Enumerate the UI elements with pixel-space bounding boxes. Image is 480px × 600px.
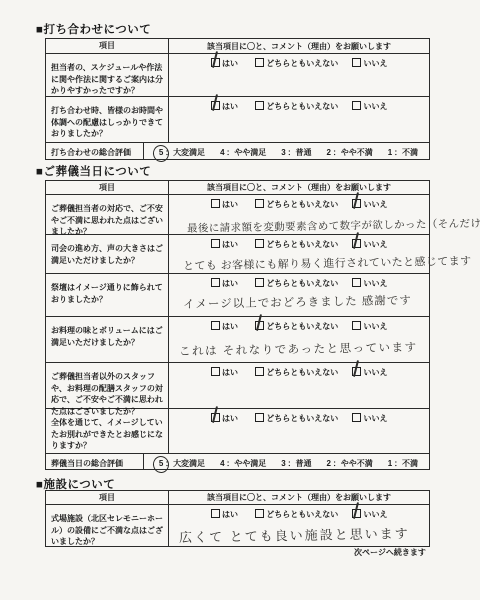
option-no-label: いいえ — [363, 200, 387, 209]
rating-circle-3: 3 — [280, 148, 288, 157]
checkbox-yes-icon — [211, 509, 220, 518]
rating-item-5: 5：大変満足 — [157, 147, 205, 158]
table-header-row: 項目 該当項目に〇と、コメント（理由）をお願いします — [46, 39, 429, 53]
answer-cell: はい どちらともいえない いいえ 最後に請求額を変動要素含めて数字が欲しかった（… — [169, 195, 429, 234]
rating-circle-1: 1 — [386, 459, 394, 468]
checkbox-no-icon — [352, 101, 361, 110]
option-neutral: どちらともいえない — [255, 278, 338, 289]
checkbox-yes-icon — [211, 278, 220, 287]
question-row: 担当者の、スケジュールや作法に関や作法に関するご案内は分かりやすかったですか？ … — [46, 53, 429, 96]
option-no: いいえ — [352, 413, 387, 424]
table-header-row: 項目 該当項目に〇と、コメント（理由）をお願いします — [46, 491, 429, 504]
rating-item-4: 4：やや満足 — [218, 147, 266, 158]
checkbox-options: はい どちらともいえない いいえ — [169, 317, 429, 332]
option-yes-label: はい — [222, 59, 238, 68]
option-no: いいえ — [352, 278, 387, 289]
question-row: 祭壇はイメージ通りに飾られておりましたか？ はい どちらともいえない いいえ イ… — [46, 273, 429, 316]
option-no: いいえ — [352, 321, 387, 332]
option-yes-label: はい — [222, 414, 238, 423]
rating-item-5: 5：大変満足 — [157, 458, 205, 469]
checkbox-neutral-icon — [255, 58, 264, 67]
option-neutral-label: どちらともいえない — [266, 322, 338, 331]
rating-circle-1: 1 — [386, 148, 394, 157]
answer-cell: はい どちらともいえない いいえ — [169, 409, 429, 453]
option-yes-label: はい — [222, 322, 238, 331]
question-text: お料理の味とボリュームにはご満足いただけましたか？ — [46, 317, 169, 362]
checkbox-options: はい どちらともいえない いいえ — [169, 505, 429, 520]
option-no-label: いいえ — [363, 322, 387, 331]
checkbox-yes-icon — [211, 101, 220, 110]
question-row: ご葬儀担当者の対応で、ご不安やご不満に思われた点はございましたか？ はい どちら… — [46, 194, 429, 234]
checkbox-yes-icon — [211, 367, 220, 376]
header-item-label: 項目 — [46, 181, 169, 194]
option-no: いいえ — [352, 239, 387, 250]
checkbox-no-icon — [352, 58, 361, 67]
option-neutral-label: どちらともいえない — [266, 102, 338, 111]
answer-cell: はい どちらともいえない いいえ イメージ以上でおどろきました 感謝です — [169, 274, 429, 316]
option-yes: はい — [211, 278, 238, 289]
summary-rating-cell: 5：大変満足 4：やや満足 3：普通 2：やや不満 1：不満 — [144, 454, 429, 469]
option-no-label: いいえ — [363, 102, 387, 111]
checkbox-options: はい どちらともいえない いいえ — [169, 235, 429, 250]
question-row: 司会の進め方、声の大きさはご満足いただけましたか？ はい どちらともいえない い… — [46, 234, 429, 273]
option-neutral: どちらともいえない — [255, 321, 338, 332]
option-neutral: どちらともいえない — [255, 367, 338, 378]
header-item-label: 項目 — [46, 491, 169, 504]
rating-circle-2: 2 — [325, 459, 333, 468]
summary-rating-cell: 5：大変満足 4：やや満足 3：普通 2：やや不満 1：不満 — [144, 143, 429, 159]
question-text: ご葬儀担当者の対応で、ご不安やご不満に思われた点はございましたか？ — [46, 195, 169, 234]
checkbox-no-icon — [352, 239, 361, 248]
rating-circle-4: 4 — [218, 459, 226, 468]
checkbox-yes-icon — [211, 321, 220, 330]
option-neutral: どちらともいえない — [255, 101, 338, 112]
checkbox-options: はい どちらともいえない いいえ — [169, 195, 429, 210]
rating-item-2: 2：やや不満 — [325, 147, 373, 158]
option-yes-label: はい — [222, 200, 238, 209]
handwritten-comment: イメージ以上でおどろきました 感謝です — [183, 292, 412, 312]
section-title-meeting: ■打ち合わせについて — [36, 21, 151, 37]
header-answer-label: 該当項目に〇と、コメント（理由）をお願いします — [169, 491, 429, 504]
handwritten-comment: とても お客様にも解り易く進行されていたと感じてます — [183, 252, 472, 273]
checkbox-yes-icon — [211, 199, 220, 208]
option-yes: はい — [211, 413, 238, 424]
header-answer-label: 該当項目に〇と、コメント（理由）をお願いします — [169, 181, 429, 194]
question-row: ご葬儀担当者以外のスタッフや、お料理の配膳スタッフの対応で、ご不安やご不満に思わ… — [46, 362, 429, 408]
option-yes-label: はい — [222, 368, 238, 377]
option-yes: はい — [211, 239, 238, 250]
rating-circle-5: 5 — [157, 148, 165, 157]
option-yes-label: はい — [222, 510, 238, 519]
option-no: いいえ — [352, 58, 387, 69]
option-neutral-label: どちらともいえない — [266, 510, 338, 519]
checkbox-options: はい どちらともいえない いいえ — [169, 363, 429, 378]
checkbox-neutral-icon — [255, 239, 264, 248]
question-text: 司会の進め方、声の大きさはご満足いただけましたか？ — [46, 235, 169, 273]
option-yes: はい — [211, 101, 238, 112]
option-no-label: いいえ — [363, 279, 387, 288]
option-neutral-label: どちらともいえない — [266, 414, 338, 423]
checkbox-no-icon — [352, 509, 361, 518]
option-neutral: どちらともいえない — [255, 58, 338, 69]
option-neutral: どちらともいえない — [255, 509, 338, 520]
funeral-day-table: 項目 該当項目に〇と、コメント（理由）をお願いします ご葬儀担当者の対応で、ご不… — [45, 180, 430, 470]
option-yes-label: はい — [222, 102, 238, 111]
answer-cell: はい どちらともいえない いいえ — [169, 54, 429, 96]
option-yes-label: はい — [222, 240, 238, 249]
answer-cell: はい どちらともいえない いいえ これは それなりであったと思っています — [169, 317, 429, 362]
checkbox-neutral-icon — [255, 101, 264, 110]
option-neutral: どちらともいえない — [255, 239, 338, 250]
summary-label: 葬儀当日の総合評価 — [46, 454, 144, 469]
answer-cell: はい どちらともいえない いいえ 広くて とても良い施設と思います — [169, 505, 429, 546]
option-neutral-label: どちらともいえない — [266, 279, 338, 288]
option-no: いいえ — [352, 509, 387, 520]
header-item-label: 項目 — [46, 39, 169, 53]
option-yes-label: はい — [222, 279, 238, 288]
option-neutral: どちらともいえない — [255, 199, 338, 210]
handwritten-comment: 最後に請求額を変動要素含めて数字が欲しかった（そんだけです） — [187, 215, 480, 236]
option-no-label: いいえ — [363, 240, 387, 249]
answer-cell: はい どちらともいえない いいえ とても お客様にも解り易く進行されていたと感じ… — [169, 235, 429, 273]
question-text: ご葬儀担当者以外のスタッフや、お料理の配膳スタッフの対応で、ご不安やご不満に思わ… — [46, 363, 169, 408]
option-yes: はい — [211, 321, 238, 332]
summary-row: 打ち合わせの総合評価 5：大変満足 4：やや満足 3：普通 2：やや不満 1：不… — [46, 142, 429, 159]
option-no: いいえ — [352, 199, 387, 210]
rating-item-1: 1：不満 — [386, 458, 418, 469]
checkbox-options: はい どちらともいえない いいえ — [169, 409, 429, 424]
scanned-questionnaire-page: ■打ち合わせについて 項目 該当項目に〇と、コメント（理由）をお願いします 担当… — [0, 0, 480, 600]
section-title-funeral-day: ■ご葬儀当日について — [36, 163, 151, 179]
checkbox-yes-icon — [211, 413, 220, 422]
option-neutral-label: どちらともいえない — [266, 59, 338, 68]
option-yes: はい — [211, 199, 238, 210]
option-no-label: いいえ — [363, 59, 387, 68]
option-neutral-label: どちらともいえない — [266, 200, 338, 209]
checkbox-no-icon — [352, 278, 361, 287]
option-yes: はい — [211, 58, 238, 69]
answer-cell: はい どちらともいえない いいえ — [169, 97, 429, 142]
option-neutral-label: どちらともいえない — [266, 240, 338, 249]
option-yes: はい — [211, 509, 238, 520]
checkbox-no-icon — [352, 199, 361, 208]
rating-item-1: 1：不満 — [386, 147, 418, 158]
checkbox-neutral-icon — [255, 367, 264, 376]
question-row: 全体を通じて、イメージしていたお別れができたとお感じになりますか？ はい どちら… — [46, 408, 429, 453]
answer-cell: はい どちらともいえない いいえ — [169, 363, 429, 408]
rating-scale: 5：大変満足 4：やや満足 3：普通 2：やや不満 1：不満 — [144, 143, 429, 158]
checkbox-no-icon — [352, 321, 361, 330]
handwritten-comment: 広くて とても良い施設と思います — [179, 523, 410, 546]
question-text: 担当者の、スケジュールや作法に関や作法に関するご案内は分かりやすかったですか？ — [46, 54, 169, 96]
rating-item-3: 3：普通 — [280, 458, 312, 469]
question-text: 打ち合わせ時、皆様のお時間や体調への配慮はしっかりできておりましたか？ — [46, 97, 169, 142]
option-yes: はい — [211, 367, 238, 378]
question-text: 全体を通じて、イメージしていたお別れができたとお感じになりますか？ — [46, 409, 169, 453]
option-no-label: いいえ — [363, 414, 387, 423]
checkbox-options: はい どちらともいえない いいえ — [169, 54, 429, 69]
checkbox-no-icon — [352, 413, 361, 422]
checkbox-yes-icon — [211, 58, 220, 67]
summary-row: 葬儀当日の総合評価 5：大変満足 4：やや満足 3：普通 2：やや不満 1：不満 — [46, 453, 429, 469]
rating-item-4: 4：やや満足 — [218, 458, 266, 469]
option-no-label: いいえ — [363, 368, 387, 377]
rating-item-2: 2：やや不満 — [325, 458, 373, 469]
option-neutral-label: どちらともいえない — [266, 368, 338, 377]
checkbox-neutral-icon — [255, 413, 264, 422]
checkbox-neutral-icon — [255, 509, 264, 518]
rating-circle-4: 4 — [218, 148, 226, 157]
question-row: 式場施設（北区セレモニーホール）の設備にご不満な点はございましたか？ はい どち… — [46, 504, 429, 546]
option-no-label: いいえ — [363, 510, 387, 519]
option-no: いいえ — [352, 101, 387, 112]
summary-label: 打ち合わせの総合評価 — [46, 143, 144, 159]
handwritten-comment: これは それなりであったと思っています — [179, 339, 418, 359]
checkbox-yes-icon — [211, 239, 220, 248]
question-text: 式場施設（北区セレモニーホール）の設備にご不満な点はございましたか？ — [46, 505, 169, 546]
meeting-table: 項目 該当項目に〇と、コメント（理由）をお願いします 担当者の、スケジュールや作… — [45, 38, 430, 160]
rating-circle-2: 2 — [325, 148, 333, 157]
option-neutral: どちらともいえない — [255, 413, 338, 424]
question-text: 祭壇はイメージ通りに飾られておりましたか？ — [46, 274, 169, 316]
question-row: お料理の味とボリュームにはご満足いただけましたか？ はい どちらともいえない い… — [46, 316, 429, 362]
question-row: 打ち合わせ時、皆様のお時間や体調への配慮はしっかりできておりましたか？ はい ど… — [46, 96, 429, 142]
facility-table: 項目 該当項目に〇と、コメント（理由）をお願いします 式場施設（北区セレモニーホ… — [45, 490, 430, 547]
checkbox-options: はい どちらともいえない いいえ — [169, 274, 429, 289]
continue-note: 次ページへ続きます — [354, 547, 426, 558]
option-no: いいえ — [352, 367, 387, 378]
checkbox-neutral-icon — [255, 321, 264, 330]
checkbox-no-icon — [352, 367, 361, 376]
rating-circle-3: 3 — [280, 459, 288, 468]
rating-scale: 5：大変満足 4：やや満足 3：普通 2：やや不満 1：不満 — [144, 454, 429, 469]
checkbox-options: はい どちらともいえない いいえ — [169, 97, 429, 112]
rating-circle-5: 5 — [157, 459, 165, 468]
header-answer-label: 該当項目に〇と、コメント（理由）をお願いします — [169, 39, 429, 53]
checkbox-neutral-icon — [255, 199, 264, 208]
checkbox-neutral-icon — [255, 278, 264, 287]
table-header-row: 項目 該当項目に〇と、コメント（理由）をお願いします — [46, 181, 429, 194]
rating-item-3: 3：普通 — [280, 147, 312, 158]
